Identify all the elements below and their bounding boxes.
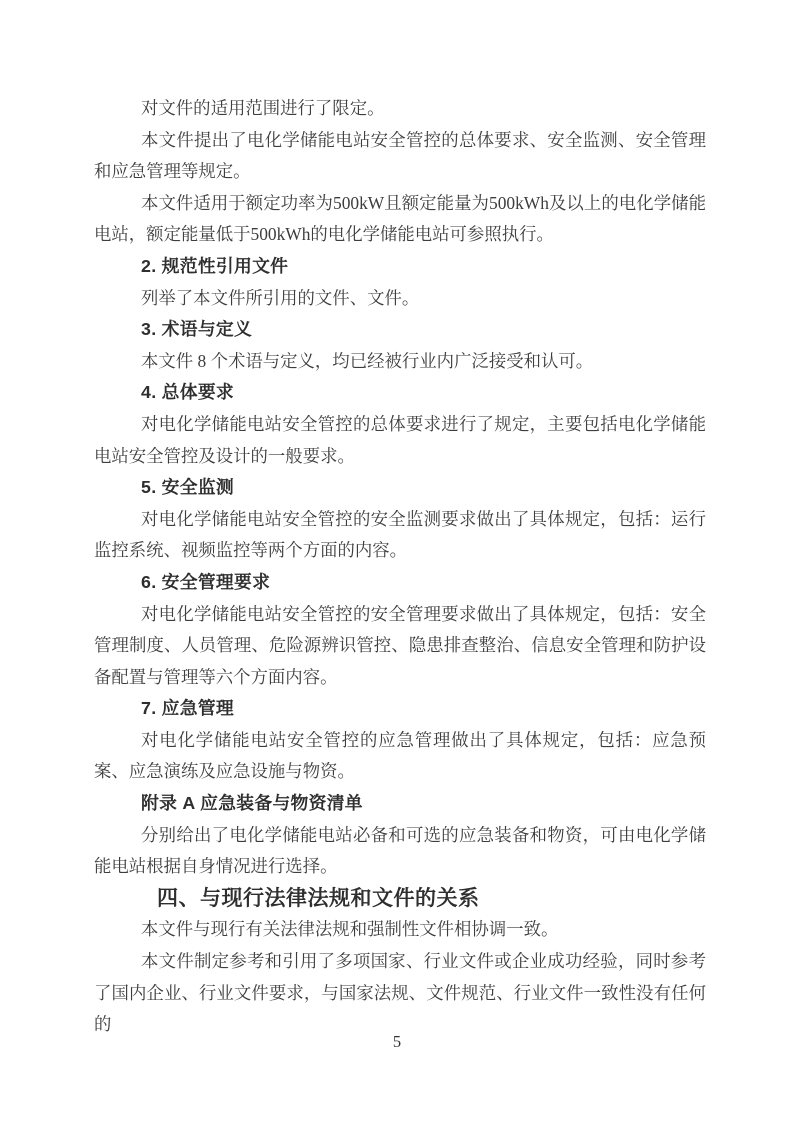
- heading-safety-management: 6. 安全管理要求: [94, 567, 706, 599]
- paragraph-emergency-management: 对电化学储能电站安全管控的应急管理做出了具体规定，包括：应急预案、应急演练及应急…: [94, 725, 706, 788]
- paragraph-safety-monitoring: 对电化学储能电站安全管控的安全监测要求做出了具体规定，包括：运行监控系统、视频监…: [94, 504, 706, 567]
- heading-normative-references: 2. 规范性引用文件: [94, 251, 706, 283]
- paragraph-references-experience: 本文件制定参考和引用了多项国家、行业文件或企业成功经验，同时参考了国内企业、行业…: [94, 946, 706, 1041]
- paragraph-applicability: 本文件适用于额定功率为500kW且额定能量为500kWh及以上的电化学储能电站，…: [94, 188, 706, 251]
- paragraph-general-requirements: 对电化学储能电站安全管控的总体要求进行了规定，主要包括电化学储能电站安全管控及设…: [94, 409, 706, 472]
- paragraph-appendix-a: 分别给出了电化学储能电站必备和可选的应急装备和物资，可由电化学储能电站根据自身情…: [94, 820, 706, 883]
- heading-general-requirements: 4. 总体要求: [94, 377, 706, 409]
- paragraph-safety-management: 对电化学储能电站安全管控的安全管理要求做出了具体规定，包括：安全管理制度、人员管…: [94, 599, 706, 694]
- document-page: 对文件的适用范围进行了限定。 本文件提出了电化学储能电站安全管控的总体要求、安全…: [0, 0, 794, 1123]
- heading-appendix-a: 附录 A 应急装备与物资清单: [94, 788, 706, 820]
- document-body: 对文件的适用范围进行了限定。 本文件提出了电化学储能电站安全管控的总体要求、安全…: [94, 93, 706, 1041]
- paragraph-normative-references: 列举了本文件所引用的文件、文件。: [94, 283, 706, 315]
- paragraph-overview: 本文件提出了电化学储能电站安全管控的总体要求、安全监测、安全管理和应急管理等规定…: [94, 125, 706, 188]
- heading-safety-monitoring: 5. 安全监测: [94, 472, 706, 504]
- chapter-heading-legal-relations: 四、与现行法律法规和文件的关系: [94, 883, 706, 915]
- paragraph-legal-coordination: 本文件与现行有关法律法规和强制性文件相协调一致。: [94, 914, 706, 946]
- paragraph-scope-limit: 对文件的适用范围进行了限定。: [94, 93, 706, 125]
- page-number: 5: [0, 1031, 794, 1053]
- heading-terms-definitions: 3. 术语与定义: [94, 314, 706, 346]
- heading-emergency-management: 7. 应急管理: [94, 693, 706, 725]
- paragraph-terms-definitions: 本文件 8 个术语与定义，均已经被行业内广泛接受和认可。: [94, 346, 706, 378]
